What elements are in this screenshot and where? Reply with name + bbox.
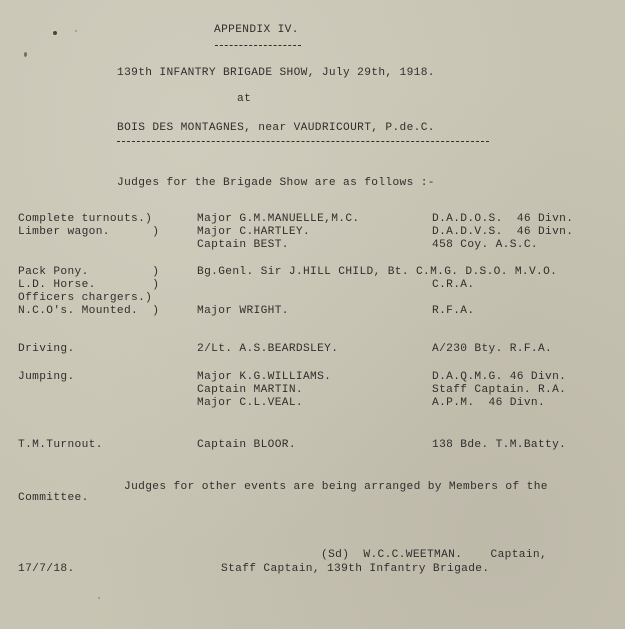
event-jumping: Jumping. [18, 371, 75, 384]
judge-unit: A/230 Bty. R.F.A. [432, 343, 552, 356]
event-nco-mounted: N.C.O's. Mounted. ) [18, 305, 159, 318]
show-location: BOIS DES MONTAGNES, near VAUDRICOURT, P.… [117, 122, 435, 135]
judge-unit: Staff Captain. R.A. [432, 384, 566, 397]
judge-name: Captain MARTIN. [197, 384, 303, 397]
document-page: APPENDIX IV. 139th INFANTRY BRIGADE SHOW… [0, 0, 625, 629]
judges-intro: Judges for the Brigade Show are as follo… [117, 177, 435, 190]
ink-speck [24, 52, 27, 57]
event-driving: Driving. [18, 343, 75, 356]
event-tm-turnout: T.M.Turnout. [18, 439, 103, 452]
title-underline [215, 45, 301, 46]
judge-unit: 458 Coy. A.S.C. [432, 239, 538, 252]
signature-title: Staff Captain, 139th Infantry Brigade. [221, 563, 489, 576]
location-underline [117, 141, 489, 142]
judge-name: 2/Lt. A.S.BEARDSLEY. [197, 343, 338, 356]
closing-note-cont: Committee. [18, 492, 89, 505]
judge-name: Captain BLOOR. [197, 439, 296, 452]
judge-unit: R.F.A. [432, 305, 474, 318]
judge-unit: C.R.A. [432, 279, 474, 292]
judge-name: Captain BEST. [197, 239, 289, 252]
judge-name: Major G.M.MANUELLE,M.C. [197, 213, 359, 226]
signature: (Sd) W.C.C.WEETMAN. Captain, [321, 549, 547, 562]
event-ld-horse: L.D. Horse. ) [18, 279, 159, 292]
closing-note: Judges for other events are being arrang… [124, 481, 548, 494]
event-officers-chargers: Officers chargers.) [18, 292, 152, 305]
judge-unit: D.A.D.O.S. 46 Divn. [432, 213, 573, 226]
appendix-title: APPENDIX IV. [214, 24, 299, 37]
judge-name: Major WRIGHT. [197, 305, 289, 318]
document-date: 17/7/18. [18, 563, 75, 576]
judge-name: Major C.L.VEAL. [197, 397, 303, 410]
judge-unit: A.P.M. 46 Divn. [432, 397, 545, 410]
ink-speck [98, 597, 100, 599]
event-complete-turnouts: Complete turnouts.) [18, 213, 152, 226]
judge-name: Bg.Genl. Sir J.HILL CHILD, Bt. C.M.G. D.… [197, 266, 557, 279]
event-limber-wagon: Limber wagon. ) [18, 226, 159, 239]
event-pack-pony: Pack Pony. ) [18, 266, 159, 279]
show-heading: 139th INFANTRY BRIGADE SHOW, July 29th, … [117, 67, 435, 80]
heading-at: at [237, 93, 251, 106]
ink-speck [75, 30, 77, 32]
judge-name: Major C.HARTLEY. [197, 226, 310, 239]
ink-speck [53, 31, 57, 35]
judge-unit: D.A.Q.M.G. 46 Divn. [432, 371, 566, 384]
judge-unit: D.A.D.V.S. 46 Divn. [432, 226, 573, 239]
judge-unit: 138 Bde. T.M.Batty. [432, 439, 566, 452]
judge-name: Major K.G.WILLIAMS. [197, 371, 331, 384]
